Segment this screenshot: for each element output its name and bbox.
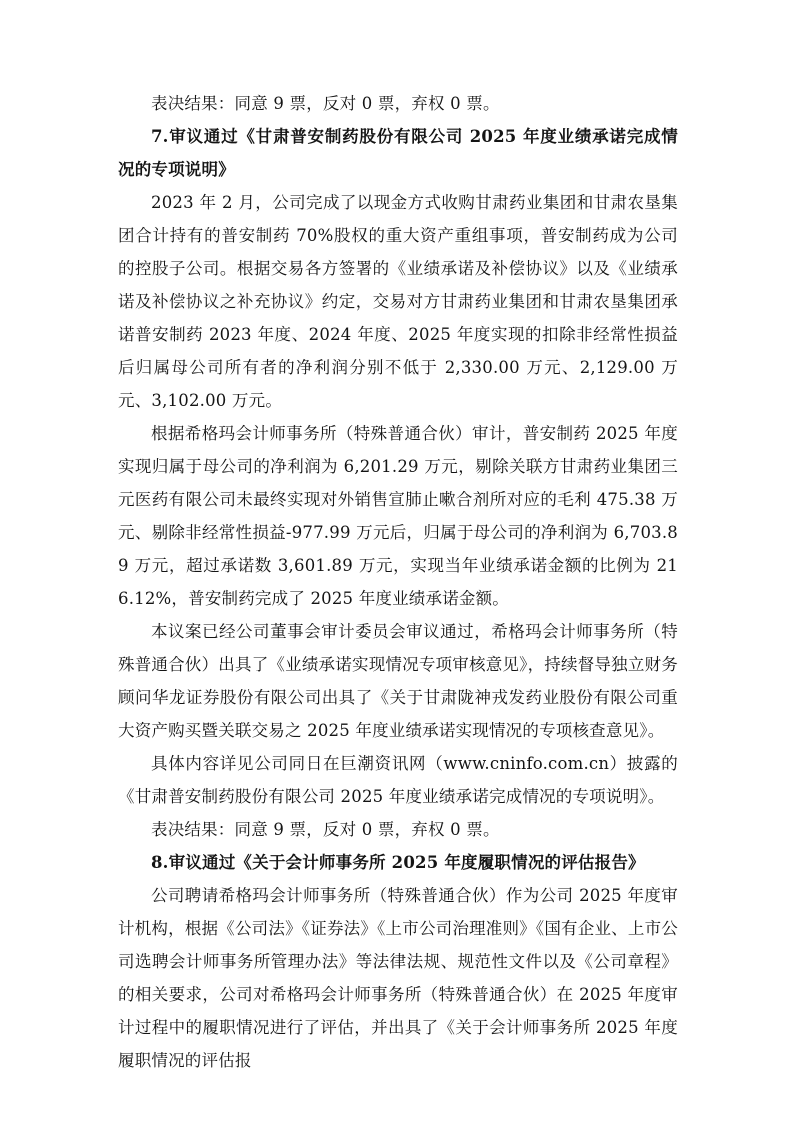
paragraph-item7-disclosure: 具体内容详见公司同日在巨潮资讯网（www.cninfo.com.cn）披露的《甘…	[118, 747, 678, 813]
vote-result-line: 表决结果：同意 9 票，反对 0 票，弃权 0 票。	[118, 813, 678, 846]
paragraph-item7-committee-opinion: 本议案已经公司董事会审计委员会审议通过，希格玛会计师事务所（特殊普通合伙）出具了…	[118, 615, 678, 747]
section-heading-item7: 7.审议通过《甘肃普安制药股份有限公司 2025 年度业绩承诺完成情况的专项说明…	[118, 120, 678, 186]
document-page: 表决结果：同意 9 票，反对 0 票，弃权 0 票。 7.审议通过《甘肃普安制药…	[0, 0, 793, 1122]
paragraph-item7-audit-result: 根据希格玛会计师事务所（特殊普通合伙）审计，普安制药 2025 年度实现归属于母…	[118, 417, 678, 615]
paragraph-item8-evaluation: 公司聘请希格玛会计师事务所（特殊普通合伙）作为公司 2025 年度审计机构，根据…	[118, 879, 678, 1077]
paragraph-item7-background: 2023 年 2 月，公司完成了以现金方式收购甘肃药业集团和甘肃农垦集团合计持有…	[118, 186, 678, 417]
document-text-block: 表决结果：同意 9 票，反对 0 票，弃权 0 票。 7.审议通过《甘肃普安制药…	[118, 87, 678, 1077]
section-heading-item8: 8.审议通过《关于会计师事务所 2025 年度履职情况的评估报告》	[118, 846, 678, 879]
vote-result-line: 表决结果：同意 9 票，反对 0 票，弃权 0 票。	[118, 87, 678, 120]
